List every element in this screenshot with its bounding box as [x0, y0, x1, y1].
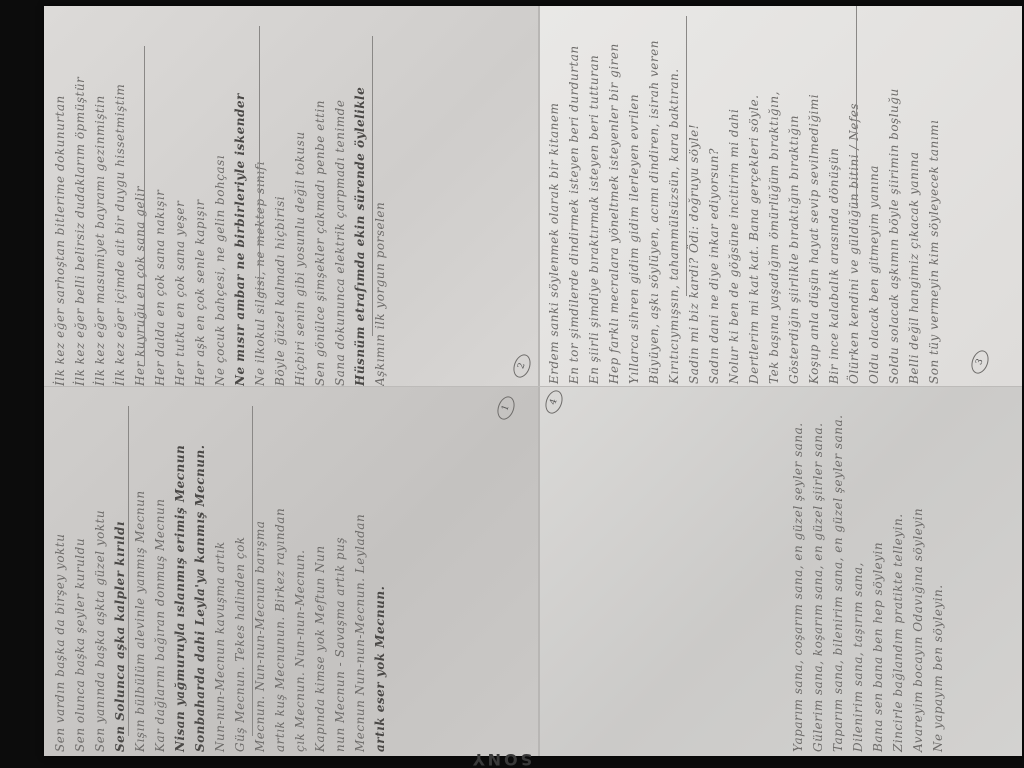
handwritten-line: Erdem sanki söylenmek olarak bir kitanem: [544, 12, 564, 384]
handwritten-line: Her kuyruğu en çok sana gelir: [130, 14, 150, 386]
letter-panel-bottom-right: Yaparım sana, coşarım sana, en güzel şey…: [538, 386, 1022, 756]
handwritten-line: Güş Mecnun. Tekes halinden çok: [230, 392, 250, 752]
handwritten-line: Nolur ki ben de göğsüne incitirim mi dah…: [724, 12, 744, 384]
section-divider: [372, 36, 373, 336]
letter-panel-top-left: İlk kez eğer sarhoştan bitlerime dokunur…: [44, 6, 538, 386]
section-divider: [856, 6, 857, 206]
handwritten-line: İlk kez eğer masumiyet bayramı gezinmişt…: [90, 14, 110, 386]
handwritten-line: İlk kez eğer sarhoştan bitlerime dokunur…: [50, 14, 70, 386]
handwritten-line: Ne mısır ambar ne birbirleriyle iskender: [230, 14, 250, 386]
section-divider: [252, 406, 253, 736]
handwritten-line: Sadin mi biz kardi? Ödi: doğruyu söyle!: [684, 12, 704, 384]
handwritten-line: Nisan yağmuruyla ıslanmış erimiş Mecnun: [170, 392, 190, 752]
handwritten-line: Gösterdiğin şiirlikle bıraktığın bıraktı…: [784, 12, 804, 384]
handwritten-line: Son tüy vermeyin kim söyleyecek tanımı: [924, 12, 944, 384]
handwritten-line: Dilenirim sana, taşırım sana,: [848, 392, 868, 752]
handwritten-text-block: Erdem sanki söylenmek olarak bir kitanem…: [544, 12, 1016, 384]
handwritten-line: Bana sen bana ben hep söyleyin: [868, 392, 888, 752]
handwritten-line: Sen vardın başka da birşey yoktu: [50, 392, 70, 752]
section-divider: [686, 16, 687, 296]
handwritten-line: Her dalda en çok sana nakışır: [150, 14, 170, 386]
handwritten-line: Sonbaharda dahi Leyla'ya kanmış Mecnun.: [190, 392, 210, 752]
handwritten-line: Hiçbiri senin gibi yosunlu değil tokusu: [290, 14, 310, 386]
handwritten-line: Sadın dani ne diye inkar ediyorsun?: [704, 12, 724, 384]
handwritten-line: Mecnun Nun-nun-Mecnun. Leyladan: [350, 392, 370, 752]
section-divider: [144, 46, 145, 366]
handwritten-line: Kapında kimse yok Meftun Nun: [310, 392, 330, 752]
handwritten-line: Mecnun. Nun-nun-Mecnun barışma: [250, 392, 270, 752]
page-number-circle: 4: [542, 388, 565, 416]
handwritten-line: Her tutku en çok sana yeşer: [170, 14, 190, 386]
handwritten-line: Avareyim bocayın Odavığına söyleyin: [908, 392, 928, 752]
handwritten-line: nun Mecnun - Savaşma artık puş: [330, 392, 350, 752]
handwritten-line: Sen yanında başka aşkta güzel yoktu: [90, 392, 110, 752]
handwritten-line: Zincirle bağlandım pratikte telleyin.: [888, 392, 908, 752]
handwritten-line: Soldu solacak aşkımın böyle şiirimin boş…: [884, 12, 904, 384]
handwritten-line: Böyle ğüzel kalmadı hiçbirisi: [270, 14, 290, 386]
handwritten-line: Hep farklı mecralara yöneltmek isteyenle…: [604, 12, 624, 384]
handwritten-line: Kar dağlarını bağıran donmuş Mecnun: [150, 392, 170, 752]
handwritten-line: Ne ilkokul silgisi, ne mektep sınıfı: [250, 14, 270, 386]
handwritten-text-block: İlk kez eğer sarhoştan bitlerime dokunur…: [50, 14, 530, 386]
handwritten-text-block: Yaparım sana, coşarım sana, en güzel şey…: [788, 392, 1016, 752]
handwritten-line: İlk kez eğer belli belirsiz dudaklarım ö…: [70, 14, 90, 386]
handwritten-line: Her aşk en çok senle kapışır: [190, 14, 210, 386]
handwritten-line: çık Mecnun. Nun-nun-Mecnun.: [290, 392, 310, 752]
handwritten-line: İlk kez eğer içimde ait bir duygu hisset…: [110, 14, 130, 386]
letter-panel-top-right: Erdem sanki söylenmek olarak bir kitanem…: [538, 6, 1022, 386]
horizontal-fold-crease: [44, 386, 1022, 387]
letter-panel-bottom-left: Sen vardın başka da birşey yoktu Sen olu…: [44, 386, 538, 756]
handwritten-line: Kışın bülbülüm alevinle yanmış Mecnun: [130, 392, 150, 752]
handwritten-line: Yıllarca sihren gidim gidim ilerleyen ev…: [624, 12, 644, 384]
handwritten-line: Hüsnüm etrafımda ekin sürende öylelikle: [350, 14, 370, 386]
handwritten-line: Yaparım sana, coşarım sana, en güzel şey…: [788, 392, 808, 752]
handwritten-line: Taparım sana, bilenirim sana, en güzel ş…: [828, 392, 848, 752]
section-divider: [259, 26, 260, 296]
handwritten-line: Kırıtıcıymışsın, tahammülsüzsün, kara ba…: [664, 12, 684, 384]
handwritten-line: Ne yapayım ben söyleyin.: [928, 392, 948, 752]
handwritten-line: En tor şimdilerde dindirmek isteyen beri…: [564, 12, 584, 384]
handwritten-line: Oldu olacak ben gitmeyim yanına: [864, 12, 884, 384]
handwritten-line: Aşkımın ilk yorgun porselen: [370, 14, 390, 386]
handwritten-line: artık kuş Mecnunun. Birkez rayından: [270, 392, 290, 752]
handwritten-line: Belli değil hangimiz çıkacak yanına: [904, 12, 924, 384]
handwritten-line: Bir ince kalabalık arasında dönüşün: [824, 12, 844, 384]
handwritten-line: Sen Solunca aşka kalpler kırıldı: [110, 392, 130, 752]
handwritten-line: Gülerim sana, koşarım sana, en güzel şii…: [808, 392, 828, 752]
handwritten-line: artık eser yok Mecnun.: [370, 392, 390, 752]
handwritten-line: Ne çocuk bahçesi, ne gelin bohçası: [210, 14, 230, 386]
handwritten-line: Sen olunca başka şeyler kuruldu: [70, 392, 90, 752]
section-divider: [128, 406, 129, 736]
handwritten-line: Koşup anla düşün hayat sevip sevilmediği…: [804, 12, 824, 384]
handwritten-line: Sen gönülce şimşekler çakmadı penbe etti…: [310, 14, 330, 386]
handwritten-line: Ölürken kendini ve güldüğün bitini / Nef…: [844, 12, 864, 384]
handwritten-line: Büyüyen, aşkı söylüyen, acımı dindiren, …: [644, 12, 664, 384]
handwritten-line: Dertlerim mi kat kat. Bana gerçekleri sö…: [744, 12, 764, 384]
vertical-fold-crease: [538, 6, 540, 756]
handwritten-line: Sana dokununca elektrik çarpmadı tenimde: [330, 14, 350, 386]
handwritten-line: Nun-nun-Mecnun kavuşma artık: [210, 392, 230, 752]
handwritten-text-block: Sen vardın başka da birşey yoktu Sen olu…: [50, 392, 530, 752]
handwritten-line: Tek başına yaşadığım ömürlüğüm bıraktığı…: [764, 12, 784, 384]
handwritten-line: En şiirli şimdiye bıraktırmak isteyen be…: [584, 12, 604, 384]
device-logo: SONY: [470, 750, 532, 768]
folded-letter: İlk kez eğer sarhoştan bitlerime dokunur…: [44, 6, 1022, 756]
